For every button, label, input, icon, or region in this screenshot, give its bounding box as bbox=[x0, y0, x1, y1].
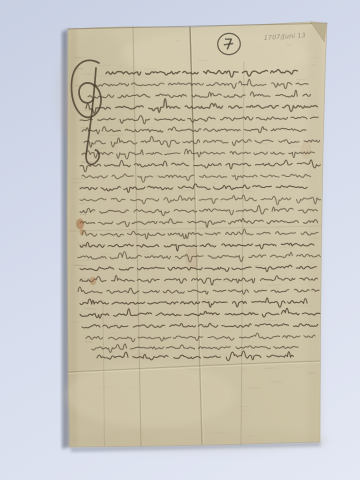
stain-spot bbox=[185, 247, 199, 269]
margin-showthrough-dash bbox=[80, 214, 86, 215]
shading-blob bbox=[70, 429, 330, 453]
stain-spot bbox=[80, 229, 85, 235]
texture-dash bbox=[92, 134, 104, 135]
texture-dash bbox=[215, 354, 228, 355]
texture-dash bbox=[98, 65, 111, 66]
texture-dash bbox=[132, 388, 138, 389]
texture-dash bbox=[275, 228, 280, 229]
texture-dash bbox=[239, 406, 248, 407]
stain-spot bbox=[90, 277, 97, 285]
margin-showthrough-dash bbox=[80, 162, 91, 163]
margin-showthrough-dash bbox=[71, 179, 78, 180]
texture-dash bbox=[134, 330, 138, 331]
texture-dash bbox=[176, 40, 181, 41]
texture-dash bbox=[297, 367, 301, 368]
texture-dash bbox=[179, 169, 188, 170]
texture-dash bbox=[112, 332, 118, 333]
texture-dash bbox=[179, 190, 191, 191]
texture-dash bbox=[268, 285, 280, 286]
texture-dash bbox=[176, 321, 182, 322]
texture-dash bbox=[81, 335, 90, 336]
margin-showthrough-dash bbox=[73, 322, 79, 323]
texture-dash bbox=[110, 147, 118, 148]
margin-showthrough-dash bbox=[73, 182, 82, 183]
texture-dash bbox=[303, 99, 312, 100]
manuscript-photo: 7 1707/Juni 13 bbox=[0, 0, 360, 480]
texture-dash bbox=[263, 368, 277, 369]
texture-dash bbox=[90, 274, 101, 275]
texture-dash bbox=[309, 374, 313, 375]
photo-background: 7 1707/Juni 13 bbox=[0, 0, 360, 480]
texture-dash bbox=[179, 253, 185, 254]
margin-showthrough-dash bbox=[77, 265, 87, 266]
texture-dash bbox=[109, 135, 123, 136]
texture-dash bbox=[273, 207, 283, 208]
stain-spot bbox=[76, 219, 84, 230]
stain-spot bbox=[301, 141, 311, 159]
